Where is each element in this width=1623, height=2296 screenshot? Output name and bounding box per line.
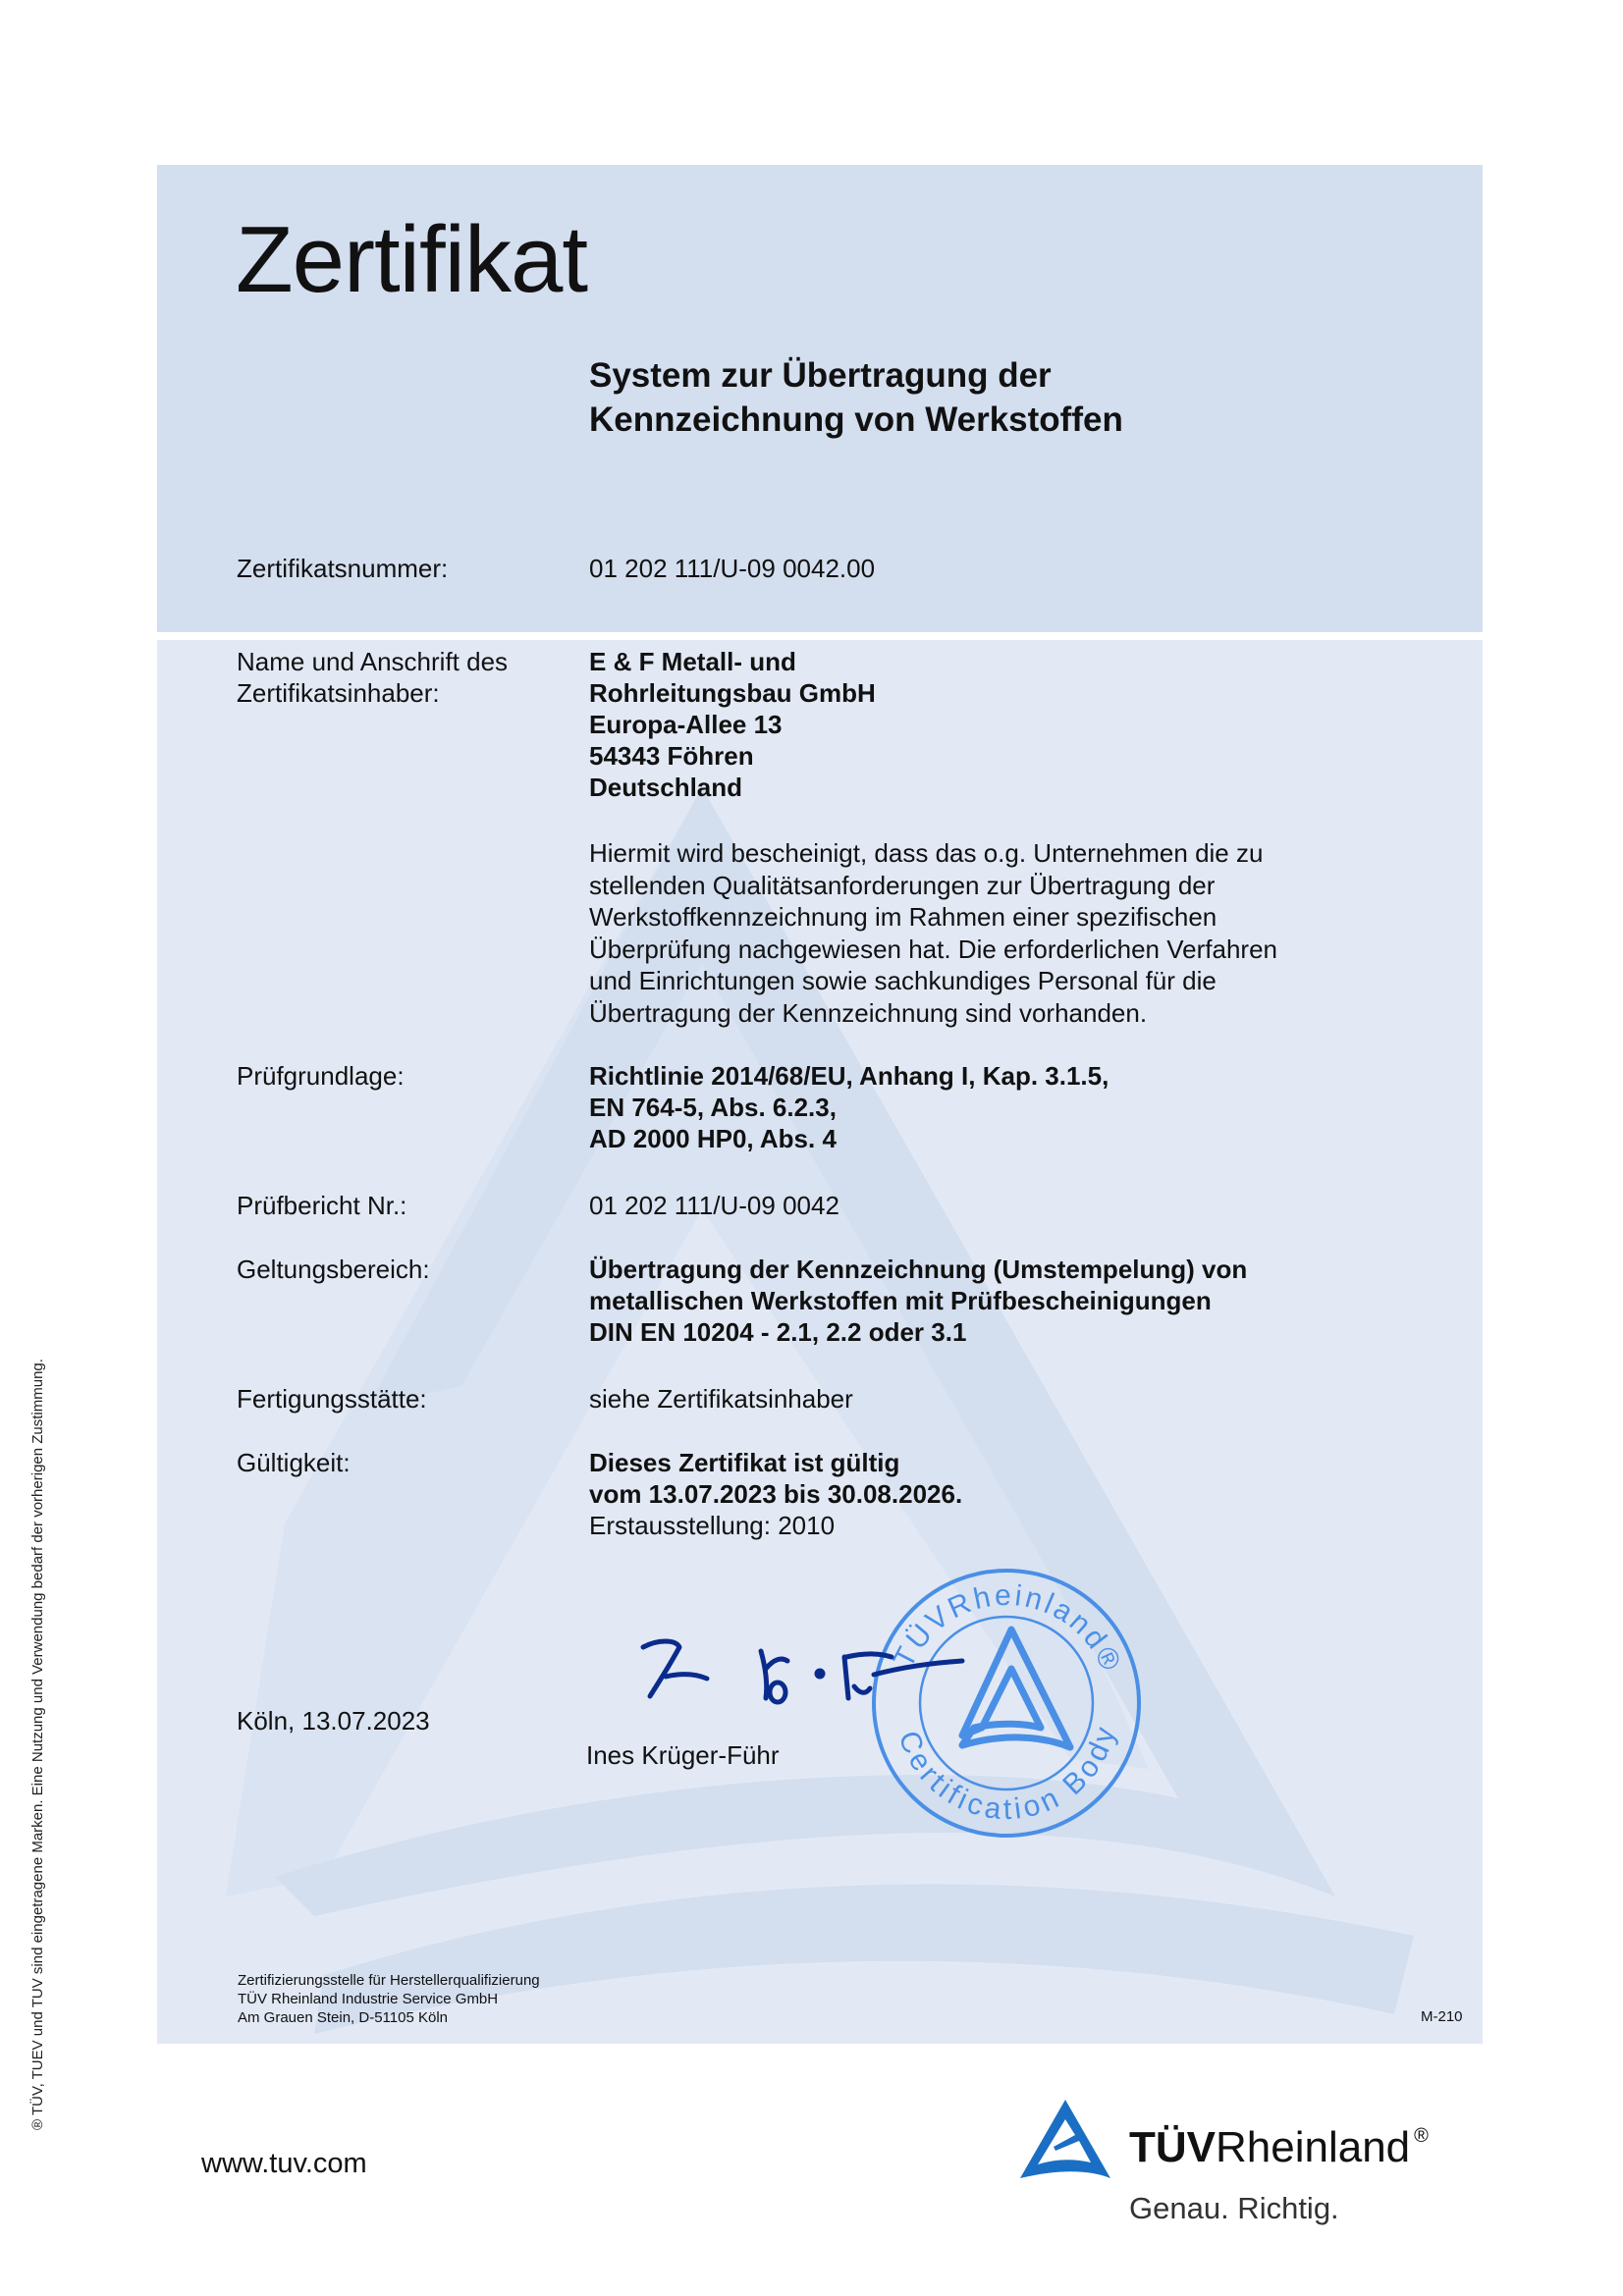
test-basis-line: Richtlinie 2014/68/EU, Anhang I, Kap. 3.… — [589, 1060, 1375, 1092]
holder-label-line: Name und Anschrift des — [237, 646, 580, 677]
scope-line: Übertragung der Kennzeichnung (Umstempel… — [589, 1254, 1375, 1285]
signature-icon — [628, 1629, 1001, 1708]
test-basis-line: AD 2000 HP0, Abs. 4 — [589, 1123, 1375, 1154]
address-line: 54343 Föhren — [589, 740, 1375, 772]
brand-wordmark: TÜVRheinland® — [1129, 2123, 1429, 2172]
scope-line: DIN EN 10204 - 2.1, 2.2 oder 3.1 — [589, 1316, 1375, 1348]
holder-label-line: Zertifikatsinhaber: — [237, 677, 580, 709]
issuer-address: Zertifizierungsstelle für Herstellerqual… — [238, 1971, 540, 2027]
address-line: Deutschland — [589, 772, 1375, 803]
statement-line: Übertragung der Kennzeichnung sind vorha… — [589, 997, 1375, 1030]
validity-value: Dieses Zertifikat ist gültig vom 13.07.2… — [589, 1447, 1375, 1541]
subject-line: System zur Übertragung der — [589, 353, 1123, 398]
brand-name-regular: Rheinland — [1216, 2123, 1410, 2171]
form-code: M-210 — [1421, 2008, 1463, 2025]
holder-label: Name und Anschrift des Zertifikatsinhabe… — [237, 646, 580, 709]
scope-line: metallischen Werkstoffen mit Prüfbeschei… — [589, 1285, 1375, 1316]
statement-line: und Einrichtungen sowie sachkundiges Per… — [589, 965, 1375, 997]
statement-line: stellenden Qualitätsanforderungen zur Üb… — [589, 870, 1375, 902]
holder-address: E & F Metall- und Rohrleitungsbau GmbH E… — [589, 646, 1375, 803]
first-issue: Erstausstellung: 2010 — [589, 1510, 1375, 1541]
statement-line: Hiermit wird bescheinigt, dass das o.g. … — [589, 837, 1375, 870]
certificate-number-label: Zertifikatsnummer: — [237, 553, 580, 584]
website-link[interactable]: www.tuv.com — [201, 2148, 367, 2180]
validity-label: Gültigkeit: — [237, 1447, 580, 1478]
place-and-date: Köln, 13.07.2023 — [237, 1706, 430, 1736]
brand-tagline: Genau. Richtig. — [1129, 2191, 1339, 2226]
address-line: E & F Metall- und — [589, 646, 1375, 677]
test-basis-label: Prüfgrundlage: — [237, 1060, 580, 1092]
certificate-subject: System zur Übertragung der Kennzeichnung… — [589, 353, 1123, 442]
page-title: Zertifikat — [236, 206, 587, 314]
certificate-number-value: 01 202 111/U-09 0042.00 — [589, 553, 1375, 584]
trademark-note: ® TÜV, TUEV und TUV sind eingetragene Ma… — [29, 1359, 46, 2130]
test-basis-line: EN 764-5, Abs. 6.2.3, — [589, 1092, 1375, 1123]
test-report-value: 01 202 111/U-09 0042 — [589, 1190, 1375, 1221]
test-report-label: Prüfbericht Nr.: — [237, 1190, 580, 1221]
statement-line: Überprüfung nachgewiesen hat. Die erford… — [589, 934, 1375, 966]
test-basis-value: Richtlinie 2014/68/EU, Anhang I, Kap. 3.… — [589, 1060, 1375, 1154]
production-site-label: Fertigungsstätte: — [237, 1383, 580, 1415]
registered-mark: ® — [1414, 2125, 1429, 2147]
issuer-line: Zertifizierungsstelle für Herstellerqual… — [238, 1971, 540, 1990]
signer-name: Ines Krüger-Führ — [586, 1740, 780, 1771]
address-line: Rohrleitungsbau GmbH — [589, 677, 1375, 709]
scope-value: Übertragung der Kennzeichnung (Umstempel… — [589, 1254, 1375, 1348]
production-site-value: siehe Zertifikatsinhaber — [589, 1383, 1375, 1415]
statement-line: Werkstoffkennzeichnung im Rahmen einer s… — [589, 901, 1375, 934]
scope-label: Geltungsbereich: — [237, 1254, 580, 1285]
certification-statement: Hiermit wird bescheinigt, dass das o.g. … — [589, 837, 1375, 1029]
tuv-logo-icon — [1016, 2096, 1114, 2184]
issuer-line: Am Grauen Stein, D-51105 Köln — [238, 2008, 540, 2027]
brand-name-bold: TÜV — [1129, 2123, 1216, 2171]
validity-period: vom 13.07.2023 bis 30.08.2026. — [589, 1478, 1375, 1510]
issuer-line: TÜV Rheinland Industrie Service GmbH — [238, 1990, 540, 2008]
address-line: Europa-Allee 13 — [589, 709, 1375, 740]
validity-line: Dieses Zertifikat ist gültig — [589, 1447, 1375, 1478]
subject-line: Kennzeichnung von Werkstoffen — [589, 398, 1123, 442]
